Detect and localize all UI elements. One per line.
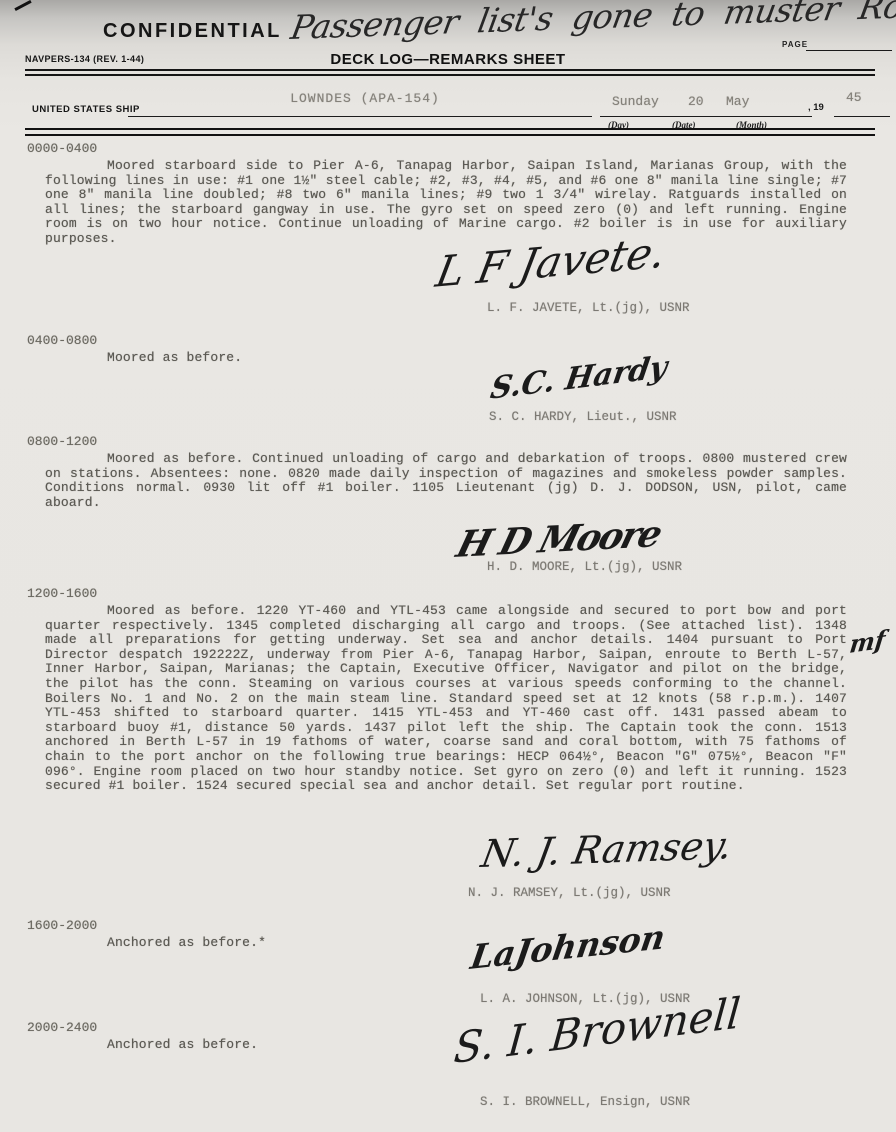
month-value: May	[726, 94, 749, 109]
remarks-text: Moored as before.	[45, 351, 847, 366]
document-title: DECK LOG—REMARKS SHEET	[0, 51, 896, 68]
signature-typed-moore: H. D. MOORE, Lt.(jg), USNR	[487, 560, 682, 574]
ship-label: UNITED STATES SHIP	[32, 104, 140, 115]
watch-period: 0400-0800	[27, 333, 847, 348]
year-line	[834, 116, 890, 117]
signature-typed-ramsey: N. J. RAMSEY, Lt.(jg), USNR	[468, 886, 671, 900]
remarks-text: Moored starboard side to Pier A-6, Tanap…	[45, 159, 847, 247]
margin-initials: mf	[848, 624, 887, 659]
pen-stroke-mark	[14, 0, 31, 11]
date-value: 20	[688, 94, 704, 109]
signature-script-ramsey: N. J. Ramsey.	[478, 823, 736, 876]
log-entry-0400-0800: 0400-0800 Moored as before.	[45, 333, 847, 366]
remarks-text: Anchored as before.	[45, 1038, 847, 1053]
date-line	[600, 116, 812, 117]
ship-name: LOWNDES (APA-154)	[230, 91, 500, 106]
remarks-text: Anchored as before.*	[45, 936, 847, 951]
header-rule	[25, 69, 875, 76]
page-label: PAGE	[782, 40, 808, 49]
year-prefix: , 19	[808, 102, 824, 113]
watch-period: 0800-1200	[27, 434, 847, 449]
watch-period: 1600-2000	[27, 918, 847, 933]
ship-row-rule	[25, 128, 875, 136]
day-value: Sunday	[612, 94, 659, 109]
signature-typed-javete: L. F. JAVETE, Lt.(jg), USNR	[487, 301, 690, 315]
log-entry-0000-0400: 0000-0400 Moored starboard side to Pier …	[45, 141, 847, 247]
watch-period: 1200-1600	[27, 586, 847, 601]
signature-typed-hardy: S. C. HARDY, Lieut., USNR	[489, 410, 677, 424]
signature-script-moore: H D Moore	[452, 513, 665, 566]
watch-period: 0000-0400	[27, 141, 847, 156]
signature-typed-brownell: S. I. BROWNELL, Ensign, USNR	[480, 1095, 690, 1109]
remarks-text: Moored as before. Continued unloading of…	[45, 452, 847, 510]
log-entry-1200-1600: 1200-1600 Moored as before. 1220 YT-460 …	[45, 586, 847, 794]
remarks-text: Moored as before. 1220 YT-460 and YTL-45…	[45, 604, 847, 794]
classification-stamp: CONFIDENTIAL	[103, 20, 282, 43]
log-entry-0800-1200: 0800-1200 Moored as before. Continued un…	[45, 434, 847, 510]
ship-name-line	[128, 116, 592, 117]
year-value: 45	[846, 90, 862, 105]
log-entry-1600-2000: 1600-2000 Anchored as before.*	[45, 918, 847, 951]
